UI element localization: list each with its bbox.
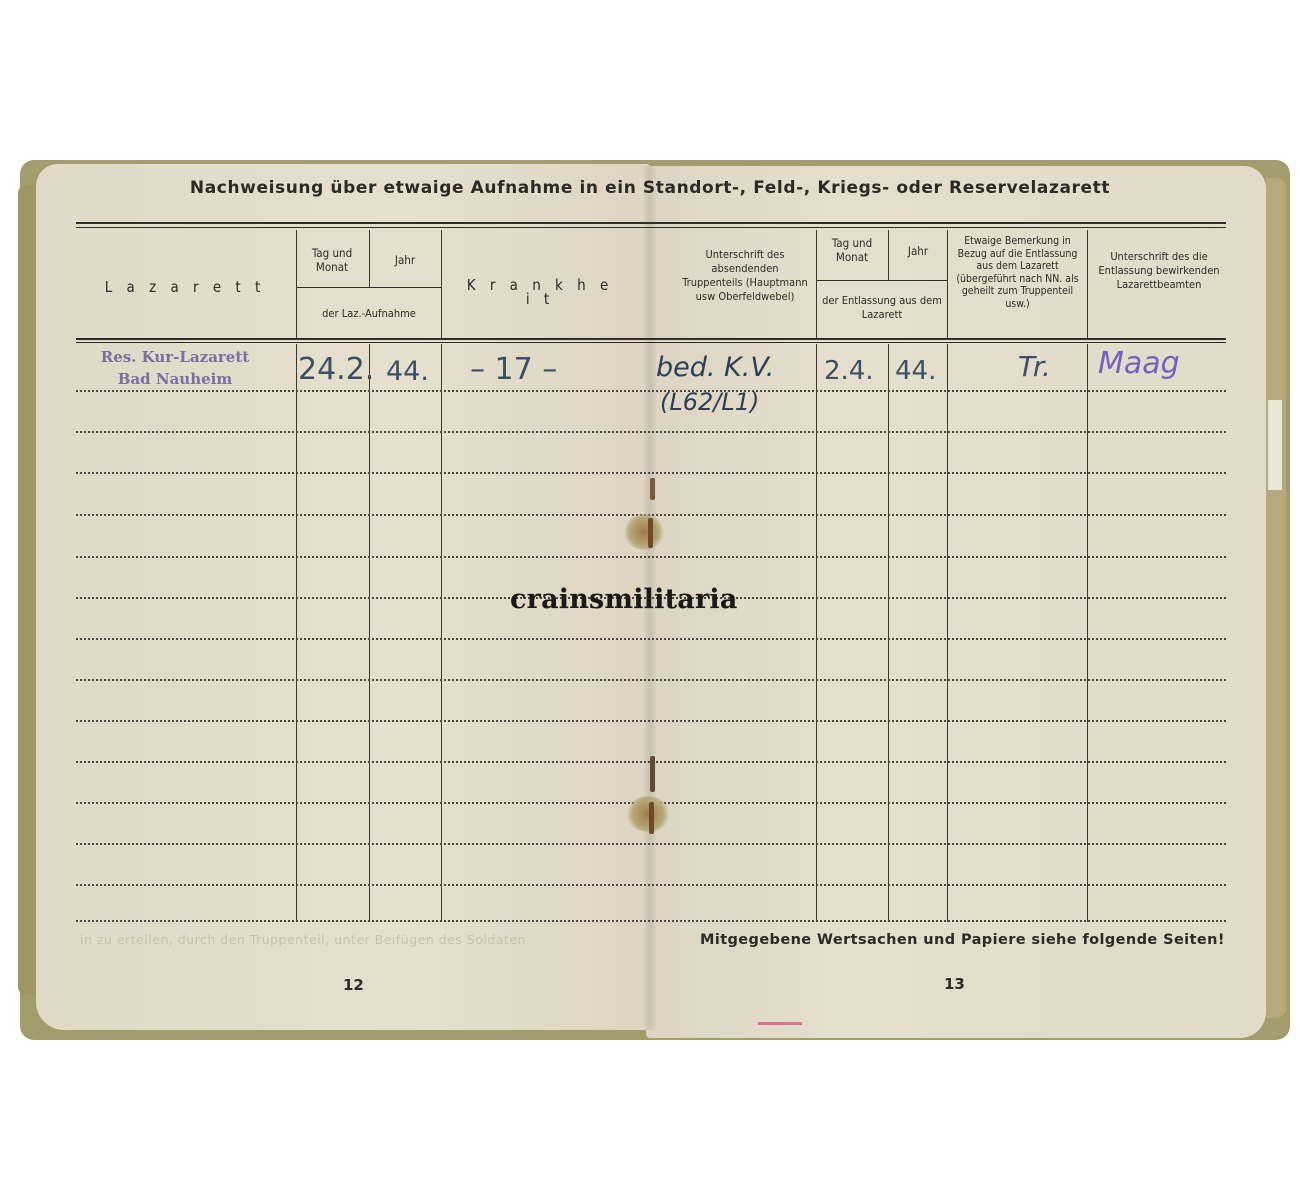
- col-divider: [888, 230, 889, 280]
- row-line: [76, 843, 1226, 845]
- header-bottom-rule-thin: [76, 342, 1226, 343]
- row-line: [76, 884, 1226, 886]
- row-line: [76, 472, 1226, 474]
- watermark: crainsmilitaria: [510, 584, 738, 615]
- col-divider: [947, 230, 948, 338]
- admission-year: 44.: [386, 356, 429, 387]
- document-title-text: Nachweisung über etwaige Aufnahme in ein…: [190, 178, 1110, 198]
- staple-top-wire: [650, 478, 655, 500]
- booklet-cover-right-edge: [1266, 178, 1286, 1018]
- discharge-day-month: 2.4.: [824, 356, 874, 386]
- row-line: [76, 720, 1226, 722]
- header-discharge-day-month: Tag und Monat: [818, 236, 886, 264]
- discharge-subheader-rule: [816, 280, 947, 281]
- bleed-through-text: in zu erteilen, durch den Truppenteil, u…: [80, 932, 526, 947]
- header-remarks: Etwaige Bemerkung in Bezug auf die Entla…: [950, 235, 1085, 310]
- row-line: [76, 920, 1226, 922]
- staple-bottom: [626, 796, 670, 832]
- staple-top: [624, 514, 664, 550]
- header-signature-official: Unterschrift des die Entlassung bewirken…: [1090, 250, 1228, 292]
- row-line: [76, 638, 1226, 640]
- page-edge-strip: [1268, 400, 1282, 490]
- signature-unit-line1: bed. K.V.: [656, 352, 774, 383]
- staple-bottom-wire-lower: [649, 802, 654, 834]
- col-divider: [441, 230, 442, 338]
- header-discharge-caption: der Entlassung aus dem Lazarett: [818, 294, 946, 322]
- admission-subheader-rule: [296, 287, 441, 288]
- row-line: [76, 679, 1226, 681]
- krankheit-code: – 17 –: [470, 352, 557, 387]
- red-ink-mark: [758, 1022, 802, 1025]
- header-discharge-year: Jahr: [890, 244, 946, 258]
- header-signature-unit: Unterschrift des absendenden Truppenteil…: [680, 248, 810, 304]
- header-admission-day-month: Tag und Monat: [299, 246, 365, 274]
- row-line: [76, 431, 1226, 433]
- footer-note: Mitgegebene Wertsachen und Papiere siehe…: [700, 932, 1225, 948]
- page-number-right: 13: [944, 975, 965, 993]
- lazarett-stamp: Res. Kur-Lazarett Bad Nauheim: [80, 346, 270, 390]
- col-divider: [816, 230, 817, 338]
- signature-official: Maag: [1098, 346, 1180, 381]
- staple-bottom-wire: [650, 756, 655, 792]
- remarks-value: Tr.: [1018, 350, 1051, 383]
- lazarett-stamp-line2: Bad Nauheim: [80, 368, 270, 390]
- page-number-left: 12: [343, 976, 364, 994]
- header-krankheit: K r a n k h e i t: [460, 278, 620, 306]
- header-top-rule: [76, 222, 1226, 224]
- col-divider: [1087, 230, 1088, 338]
- discharge-year: 44.: [895, 356, 936, 386]
- lazarett-stamp-line1: Res. Kur-Lazarett: [80, 346, 270, 368]
- staple-top-wire-lower: [648, 518, 653, 548]
- col-divider: [369, 230, 370, 287]
- row-line: [76, 556, 1226, 558]
- admission-day-month: 24.2.: [298, 352, 374, 387]
- header-bottom-rule: [76, 338, 1226, 340]
- signature-unit-line2: (L62/L1): [660, 388, 759, 416]
- header-lazarett: L a z a r e t t: [80, 280, 290, 294]
- document-title: Nachweisung über etwaige Aufnahme in ein…: [0, 178, 1300, 198]
- row-line: [76, 390, 1226, 392]
- header-admission-caption: der Laz.-Aufnahme: [298, 307, 440, 321]
- header-admission-year: Jahr: [372, 253, 438, 267]
- header-top-rule-thin: [76, 227, 1226, 228]
- col-divider: [296, 230, 297, 338]
